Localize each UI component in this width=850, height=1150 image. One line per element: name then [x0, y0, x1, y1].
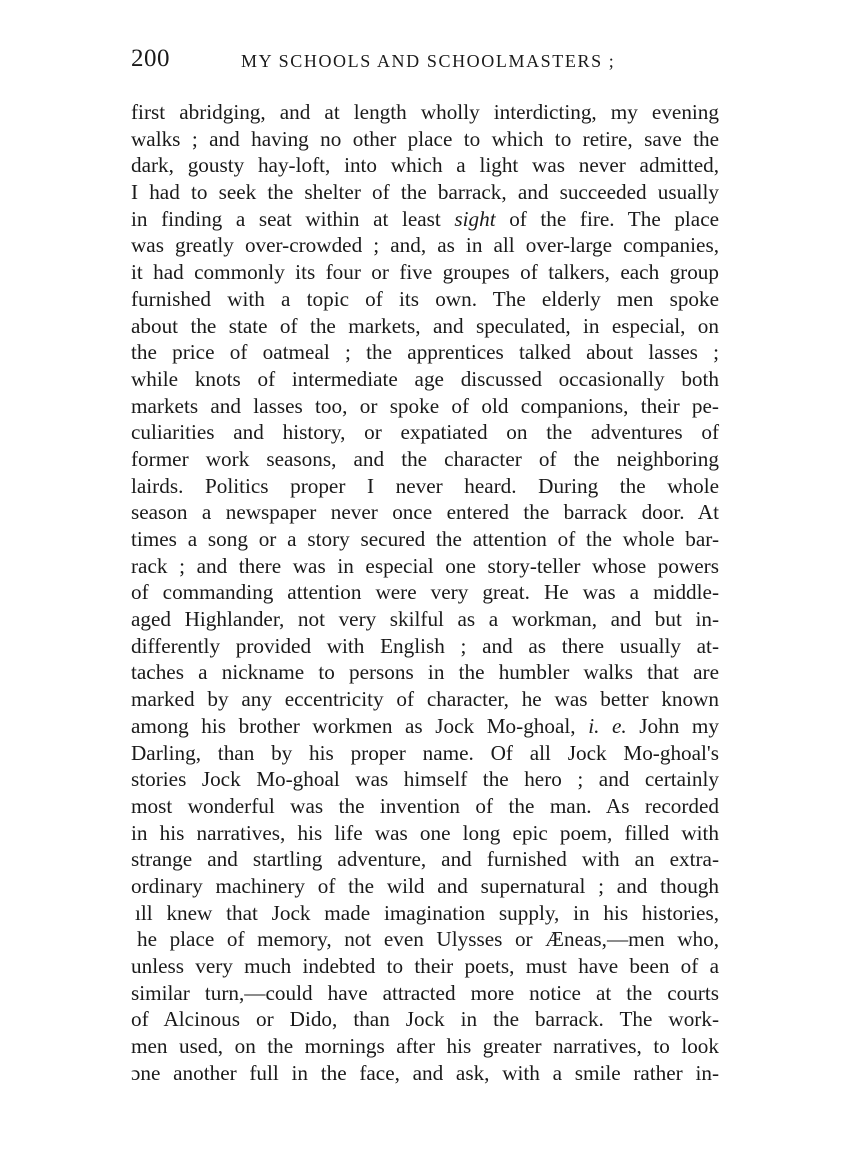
text-line: dark, gousty hay-loft, into which a ligh…: [131, 152, 719, 179]
text-line: Darling, than by his proper name. Of all…: [131, 740, 719, 767]
text-fragment: of the fire. The place: [496, 207, 719, 231]
text-line: furnished with a topic of its own. The e…: [131, 286, 719, 313]
text-line: stories Jock Mo-ghoal was himself the he…: [131, 766, 719, 793]
text-line: the price of oatmeal ; the apprentices t…: [131, 339, 719, 366]
text-fragment: in finding a seat within at least: [131, 207, 454, 231]
body-text: first abridging, and at length wholly in…: [131, 99, 719, 1086]
text-line: aged Highlander, not very skilful as a w…: [131, 606, 719, 633]
text-line: was greatly over-crowded ; and, as in al…: [131, 232, 719, 259]
page-number: 200: [131, 44, 170, 74]
text-line: former work seasons, and the character o…: [131, 446, 719, 473]
text-line: taches a nickname to persons in the humb…: [131, 659, 719, 686]
text-fragment: John my: [627, 714, 719, 738]
text-line: in his narratives, his life was one long…: [131, 820, 719, 847]
running-title: MY SCHOOLS AND SCHOOLMASTERS ;: [241, 48, 615, 74]
text-line: markets and lasses too, or spoke of old …: [131, 393, 719, 420]
text-line: lairds. Politics proper I never heard. D…: [131, 473, 719, 500]
text-line: it had commonly its four or five groupes…: [131, 259, 719, 286]
text-line: walks ; and having no other place to whi…: [131, 126, 719, 153]
text-line: while knots of intermediate age discusse…: [131, 366, 719, 393]
italic-word-sight: sight: [454, 207, 495, 231]
text-line-with-italic: in finding a seat within at least sight …: [131, 206, 719, 233]
text-line: of commanding attention were very great.…: [131, 579, 719, 606]
italic-abbrev-ie: i. e.: [588, 714, 627, 738]
text-line: first abridging, and at length wholly in…: [131, 99, 719, 126]
text-line: of Alcinous or Dido, than Jock in the ba…: [131, 1006, 719, 1033]
text-line: ıll knew that Jock made imagination supp…: [131, 900, 719, 927]
text-line: strange and startling adventure, and fur…: [131, 846, 719, 873]
text-line: times a song or a story secured the atte…: [131, 526, 719, 553]
text-line: rack ; and there was in especial one sto…: [131, 553, 719, 580]
text-line: I had to seek the shelter of the barrack…: [131, 179, 719, 206]
text-line: unless very much indebted to their poets…: [131, 953, 719, 980]
text-line: culiarities and history, or expatiated o…: [131, 419, 719, 446]
text-line: differently provided with English ; and …: [131, 633, 719, 660]
text-line: about the state of the markets, and spec…: [131, 313, 719, 340]
running-head: 200 MY SCHOOLS AND SCHOOLMASTERS ;: [131, 44, 719, 78]
text-line: ordinary machinery of the wild and super…: [131, 873, 719, 900]
text-line: marked by any eccentricity of character,…: [131, 686, 719, 713]
text-line: he place of memory, not even Ulysses or …: [131, 926, 719, 953]
text-line-with-italic: among his brother workmen as Jock Mo-gho…: [131, 713, 719, 740]
text-line: ɔne another full in the face, and ask, w…: [131, 1060, 719, 1087]
text-line: season a newspaper never once entered th…: [131, 499, 719, 526]
text-line: most wonderful was the invention of the …: [131, 793, 719, 820]
book-page: 200 MY SCHOOLS AND SCHOOLMASTERS ; first…: [131, 44, 719, 1086]
text-line: similar turn,—could have attracted more …: [131, 980, 719, 1007]
text-line: men used, on the mornings after his grea…: [131, 1033, 719, 1060]
text-fragment: among his brother workmen as Jock Mo-gho…: [131, 714, 588, 738]
